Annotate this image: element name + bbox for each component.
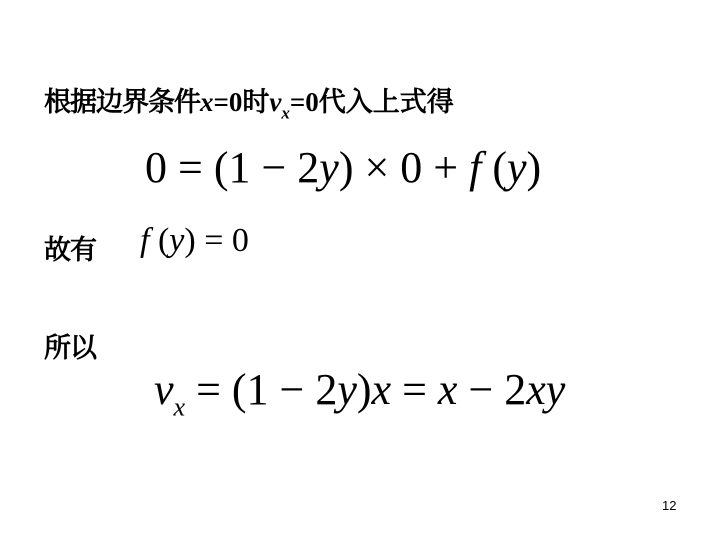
eq3-xy: xy (526, 365, 565, 414)
eq3-part: ) (357, 365, 372, 414)
eq2-part: ) = 0 (184, 222, 249, 259)
text-eq2: =0代入上式得 (290, 87, 454, 117)
label-therefore: 故有 (44, 228, 96, 267)
eq1-f: f (469, 143, 481, 192)
eq3-v: v (154, 365, 174, 414)
eq3-sub-x: x (174, 393, 186, 422)
eq3-x: x (372, 365, 392, 414)
eq3-part: − 2 (457, 365, 526, 414)
text-cjk: 根据边界条件 (44, 87, 200, 118)
eq1-part: ) (527, 143, 542, 192)
var-v: v (269, 87, 281, 117)
var-sub-x: x (281, 104, 290, 123)
eq3-part: = (391, 365, 438, 414)
equation-1: 0 = (1 − 2y) × 0 + f (y) (145, 142, 541, 193)
eq1-part: ) × 0 + (339, 143, 469, 192)
eq3-y: y (337, 365, 357, 414)
eq3-x: x (438, 365, 458, 414)
eq2-y: y (169, 222, 184, 259)
var-x: x (200, 87, 214, 117)
text-eq: =0时 (214, 87, 270, 117)
eq1-y: y (319, 143, 339, 192)
equation-3: vx = (1 − 2y)x = x − 2xy (154, 364, 565, 423)
page-number: 12 (662, 498, 676, 513)
eq1-y: y (507, 143, 527, 192)
eq3-part: = (1 − 2 (185, 365, 337, 414)
eq2-part: ( (149, 222, 169, 259)
eq1-part: 0 = (1 − 2 (145, 143, 319, 192)
label-so: 所以 (44, 326, 96, 365)
boundary-condition-line: 根据边界条件x=0时vx=0代入上式得 (44, 80, 454, 124)
eq1-part: ( (481, 143, 507, 192)
equation-2: f (y) = 0 (140, 222, 249, 260)
